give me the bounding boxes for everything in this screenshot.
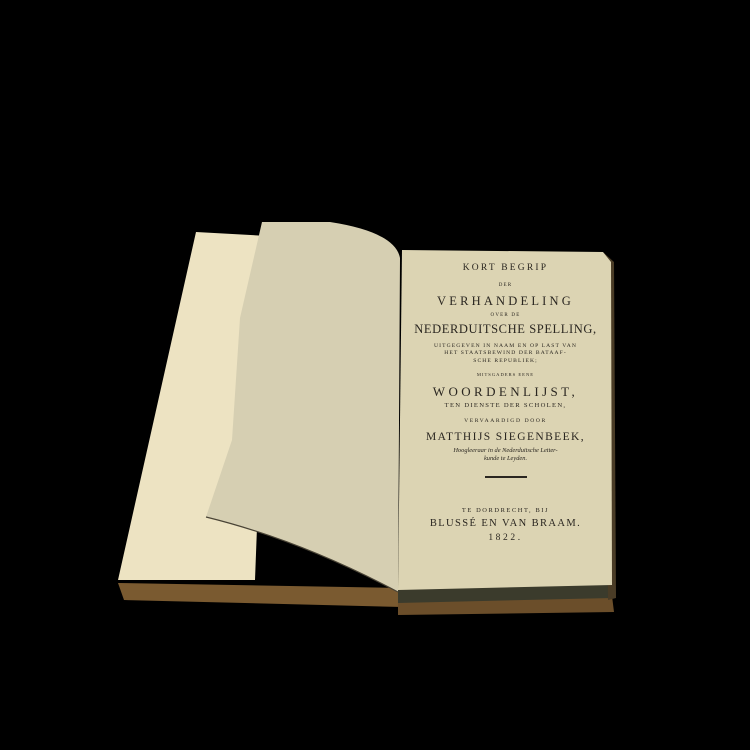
left-board-edge xyxy=(118,583,402,607)
title-line-uitgegeven: UITGEGEVEN IN NAAM EN OP LAST VAN xyxy=(403,344,608,350)
title-line-over-de: OVER DE xyxy=(403,313,608,318)
publisher-name: BLUSSÉ EN VAN BRAAM. xyxy=(403,519,608,530)
book-photo: KORT BEGRIP DER VERHANDELING OVER DE NED… xyxy=(0,0,750,750)
title-line-republiek: SCHE REPUBLIEK; xyxy=(403,359,608,365)
open-book-illustration xyxy=(0,0,750,750)
title-line-staatsbewind: HET STAATSBEWIND DER BATAAF- xyxy=(403,351,608,357)
author-name: MATTHIJS SIEGENBEEK, xyxy=(403,432,608,444)
title-line-der: DER xyxy=(403,283,608,288)
title-line-nederduitsche-spelling: NEDERDUITSCHE SPELLING, xyxy=(403,323,608,336)
title-line-vervaardigd: VERVAARDIGD DOOR xyxy=(403,419,608,425)
author-role-line1: Hoogleeraar in de Nederduitsche Letter- xyxy=(403,448,608,454)
title-line-mitsgaders: MITSGADERS EENE xyxy=(403,373,608,378)
title-line-woordenlijst: WOORDENLIJST, xyxy=(403,385,608,398)
publication-year: 1822. xyxy=(403,534,608,544)
title-page-text: KORT BEGRIP DER VERHANDELING OVER DE NED… xyxy=(403,258,608,588)
title-line-kort-begrip: KORT BEGRIP xyxy=(403,264,608,274)
title-line-ten-dienste: TEN DIENSTE DER SCHOLEN, xyxy=(403,403,608,410)
author-role-line2: kunde te Leyden. xyxy=(403,456,608,462)
imprint-place: TE DORDRECHT, BIJ xyxy=(403,508,608,514)
divider-rule xyxy=(485,476,527,478)
title-line-verhandeling: VERHANDELING xyxy=(403,295,608,308)
